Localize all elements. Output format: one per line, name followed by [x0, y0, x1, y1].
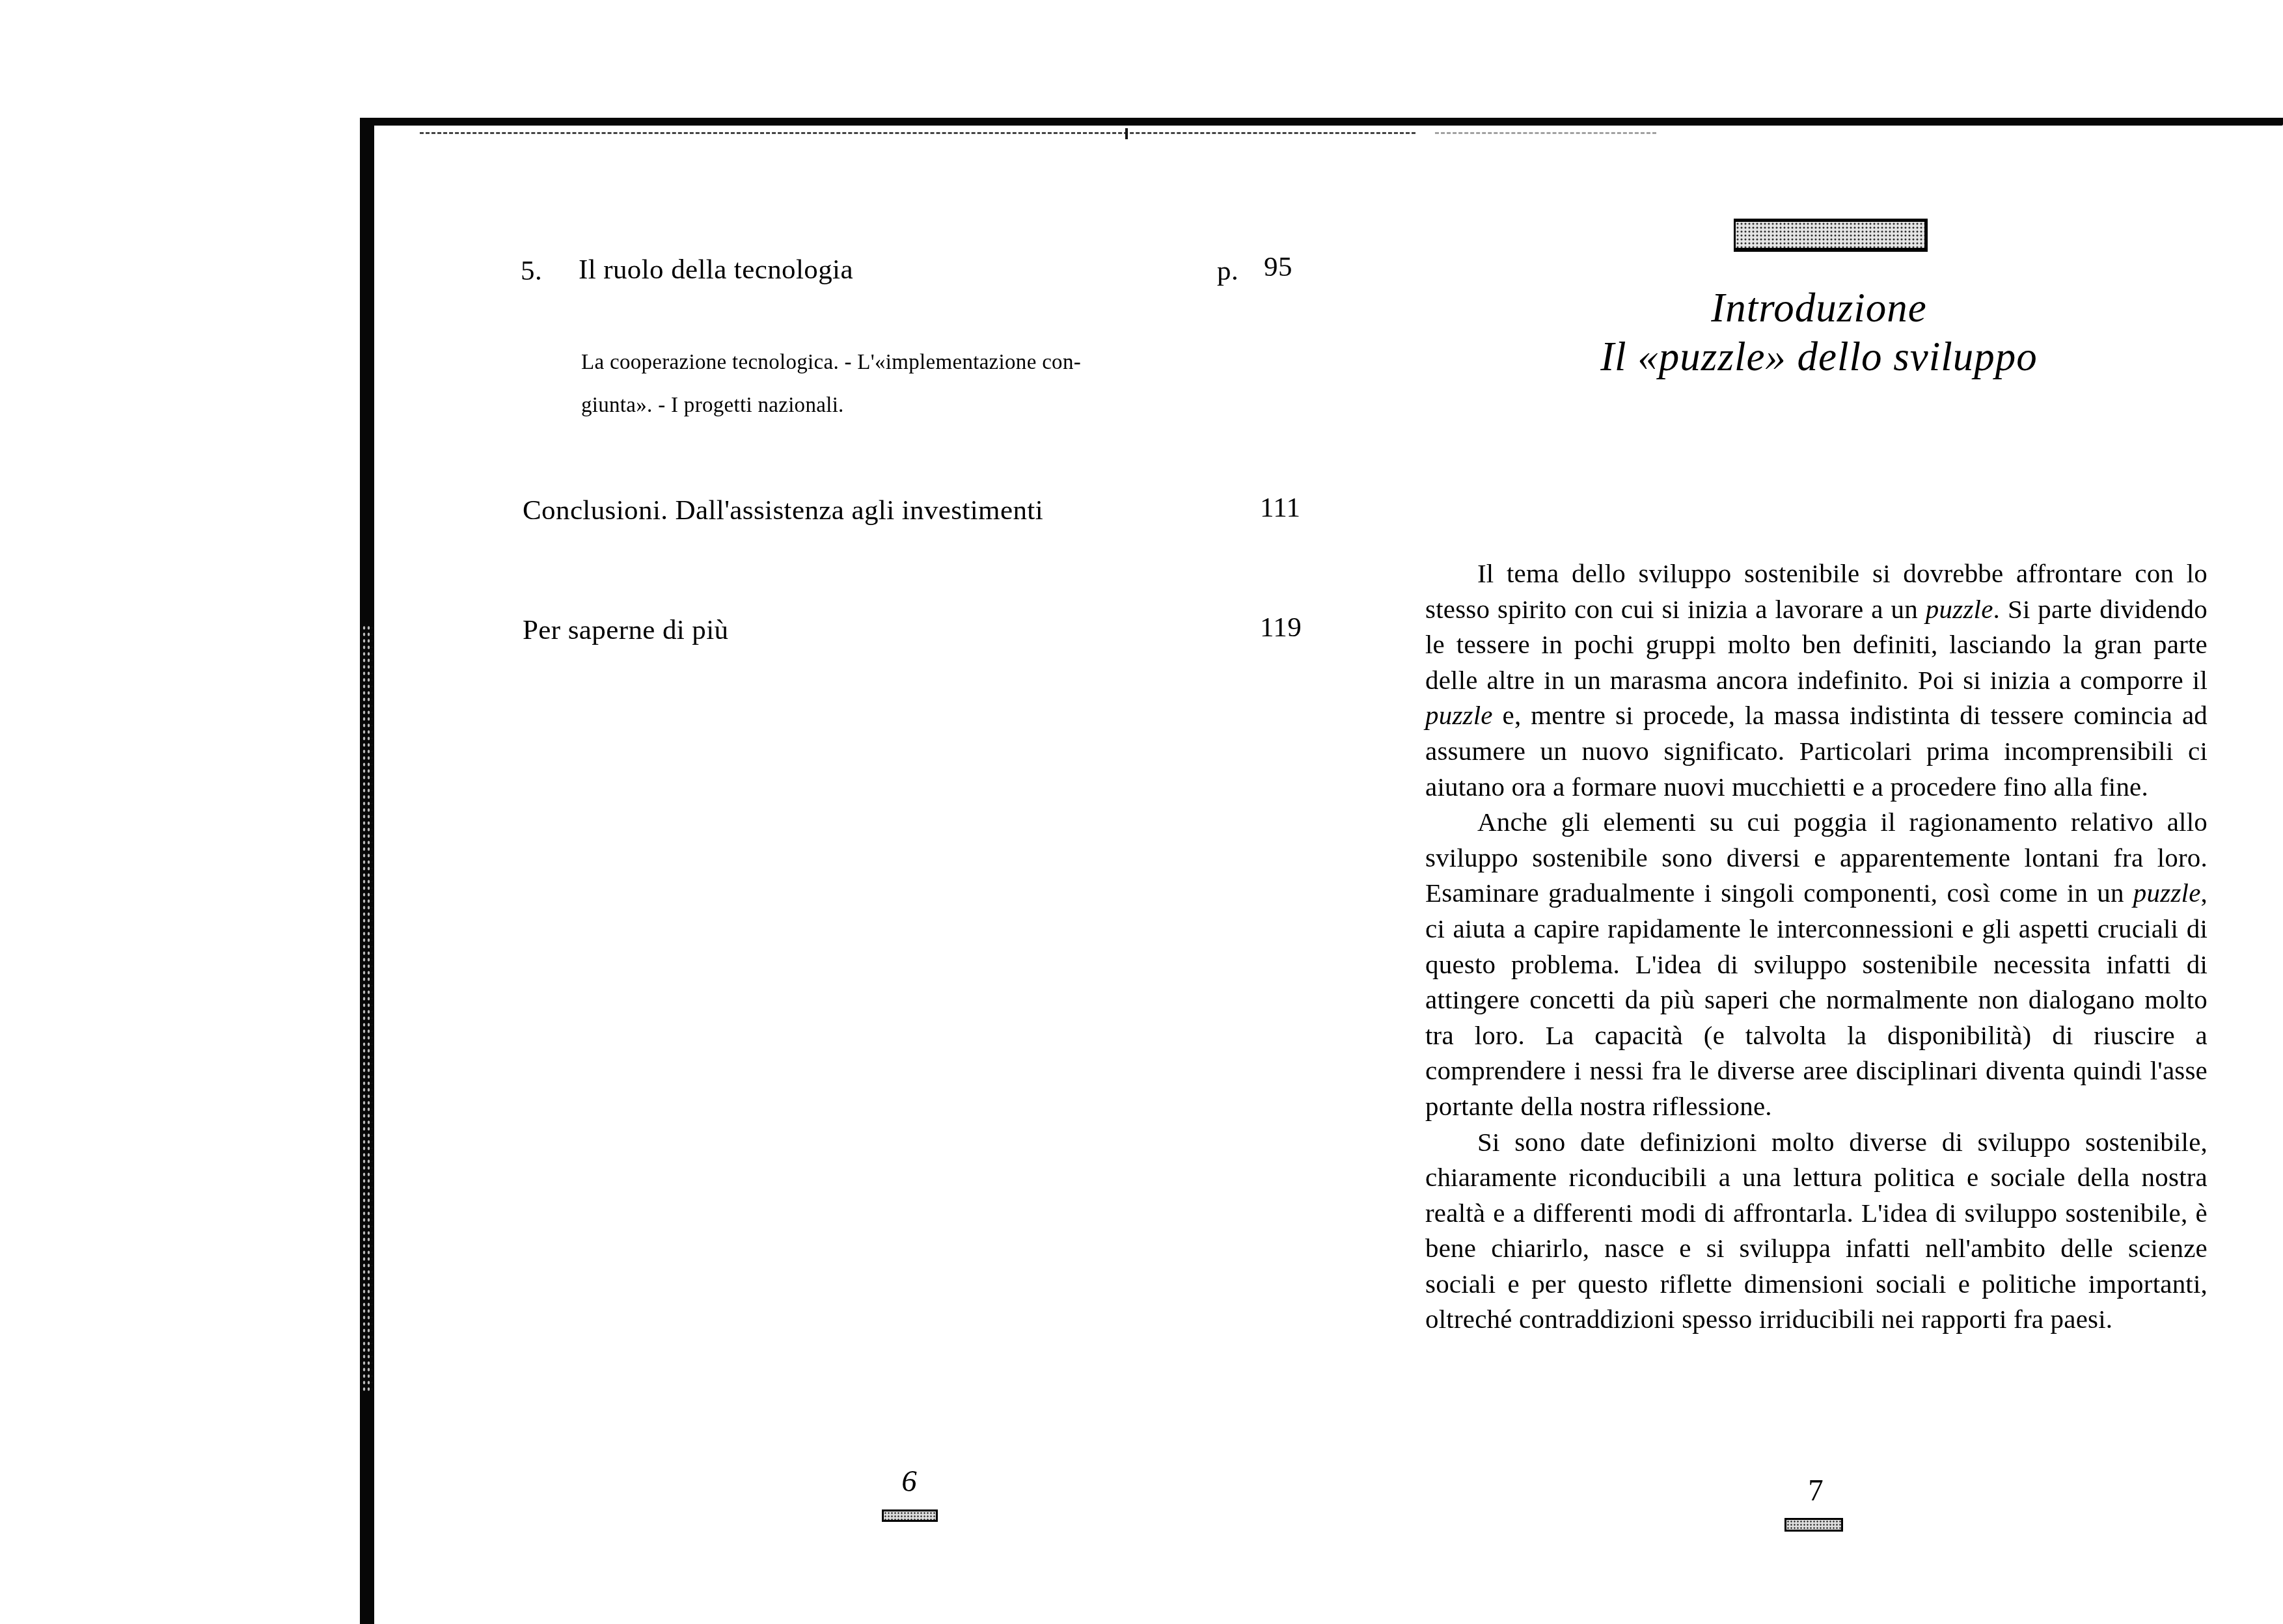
toc-further-reading-page-number: 119	[1260, 612, 1302, 643]
toc-entry-number: 5.	[521, 255, 542, 287]
chapter-title-line2: Il «puzzle» dello sviluppo	[1484, 332, 2154, 381]
page-edge-dashed-line-2	[1435, 132, 1656, 134]
toc-sub-entry-line: giunta». - I progetti nazionali.	[581, 384, 1186, 427]
toc-sub-entry: La cooperazione tecnologica. - L'«implem…	[581, 341, 1186, 427]
toc-entry-page-number: 95	[1264, 251, 1292, 283]
toc-further-reading-label: Per saperne di più	[523, 614, 728, 646]
chapter-title-line1: Introduzione	[1484, 284, 2154, 332]
paragraph: Si sono date definizioni molto diverse d…	[1425, 1124, 2208, 1338]
toc-sub-entry-line: La cooperazione tecnologica. - L'«implem…	[581, 341, 1186, 384]
right-footer-ornament-bar	[1784, 1518, 1843, 1532]
scan-top-edge	[360, 118, 2283, 126]
left-page-number: 6	[873, 1464, 945, 1499]
page-edge-tick	[1125, 128, 1128, 139]
toc-entry-page-prefix: p.	[1217, 255, 1238, 287]
scanned-book-spread: { "colors": { "ink": "#000000", "paper":…	[0, 0, 2283, 1624]
paragraph: Il tema dello sviluppo sostenibile si do…	[1425, 556, 2208, 804]
right-page-number: 7	[1780, 1473, 1852, 1508]
toc-conclusions-page-number: 111	[1260, 492, 1301, 524]
page-edge-dashed-line	[420, 132, 1415, 134]
paragraph: Anche gli elementi su cui poggia il ragi…	[1425, 804, 2208, 1124]
chapter-body-text: Il tema dello sviluppo sostenibile si do…	[1425, 556, 2208, 1337]
toc-conclusions-label: Conclusioni. Dall'assistenza agli invest…	[523, 494, 1043, 526]
chapter-ornament-bar	[1734, 219, 1928, 252]
left-footer-ornament-bar	[882, 1509, 938, 1522]
scan-edge-texture	[362, 625, 372, 1392]
toc-entry-label: Il ruolo della tecnologia	[579, 254, 853, 286]
chapter-title: Introduzione Il «puzzle» dello sviluppo	[1484, 284, 2154, 381]
